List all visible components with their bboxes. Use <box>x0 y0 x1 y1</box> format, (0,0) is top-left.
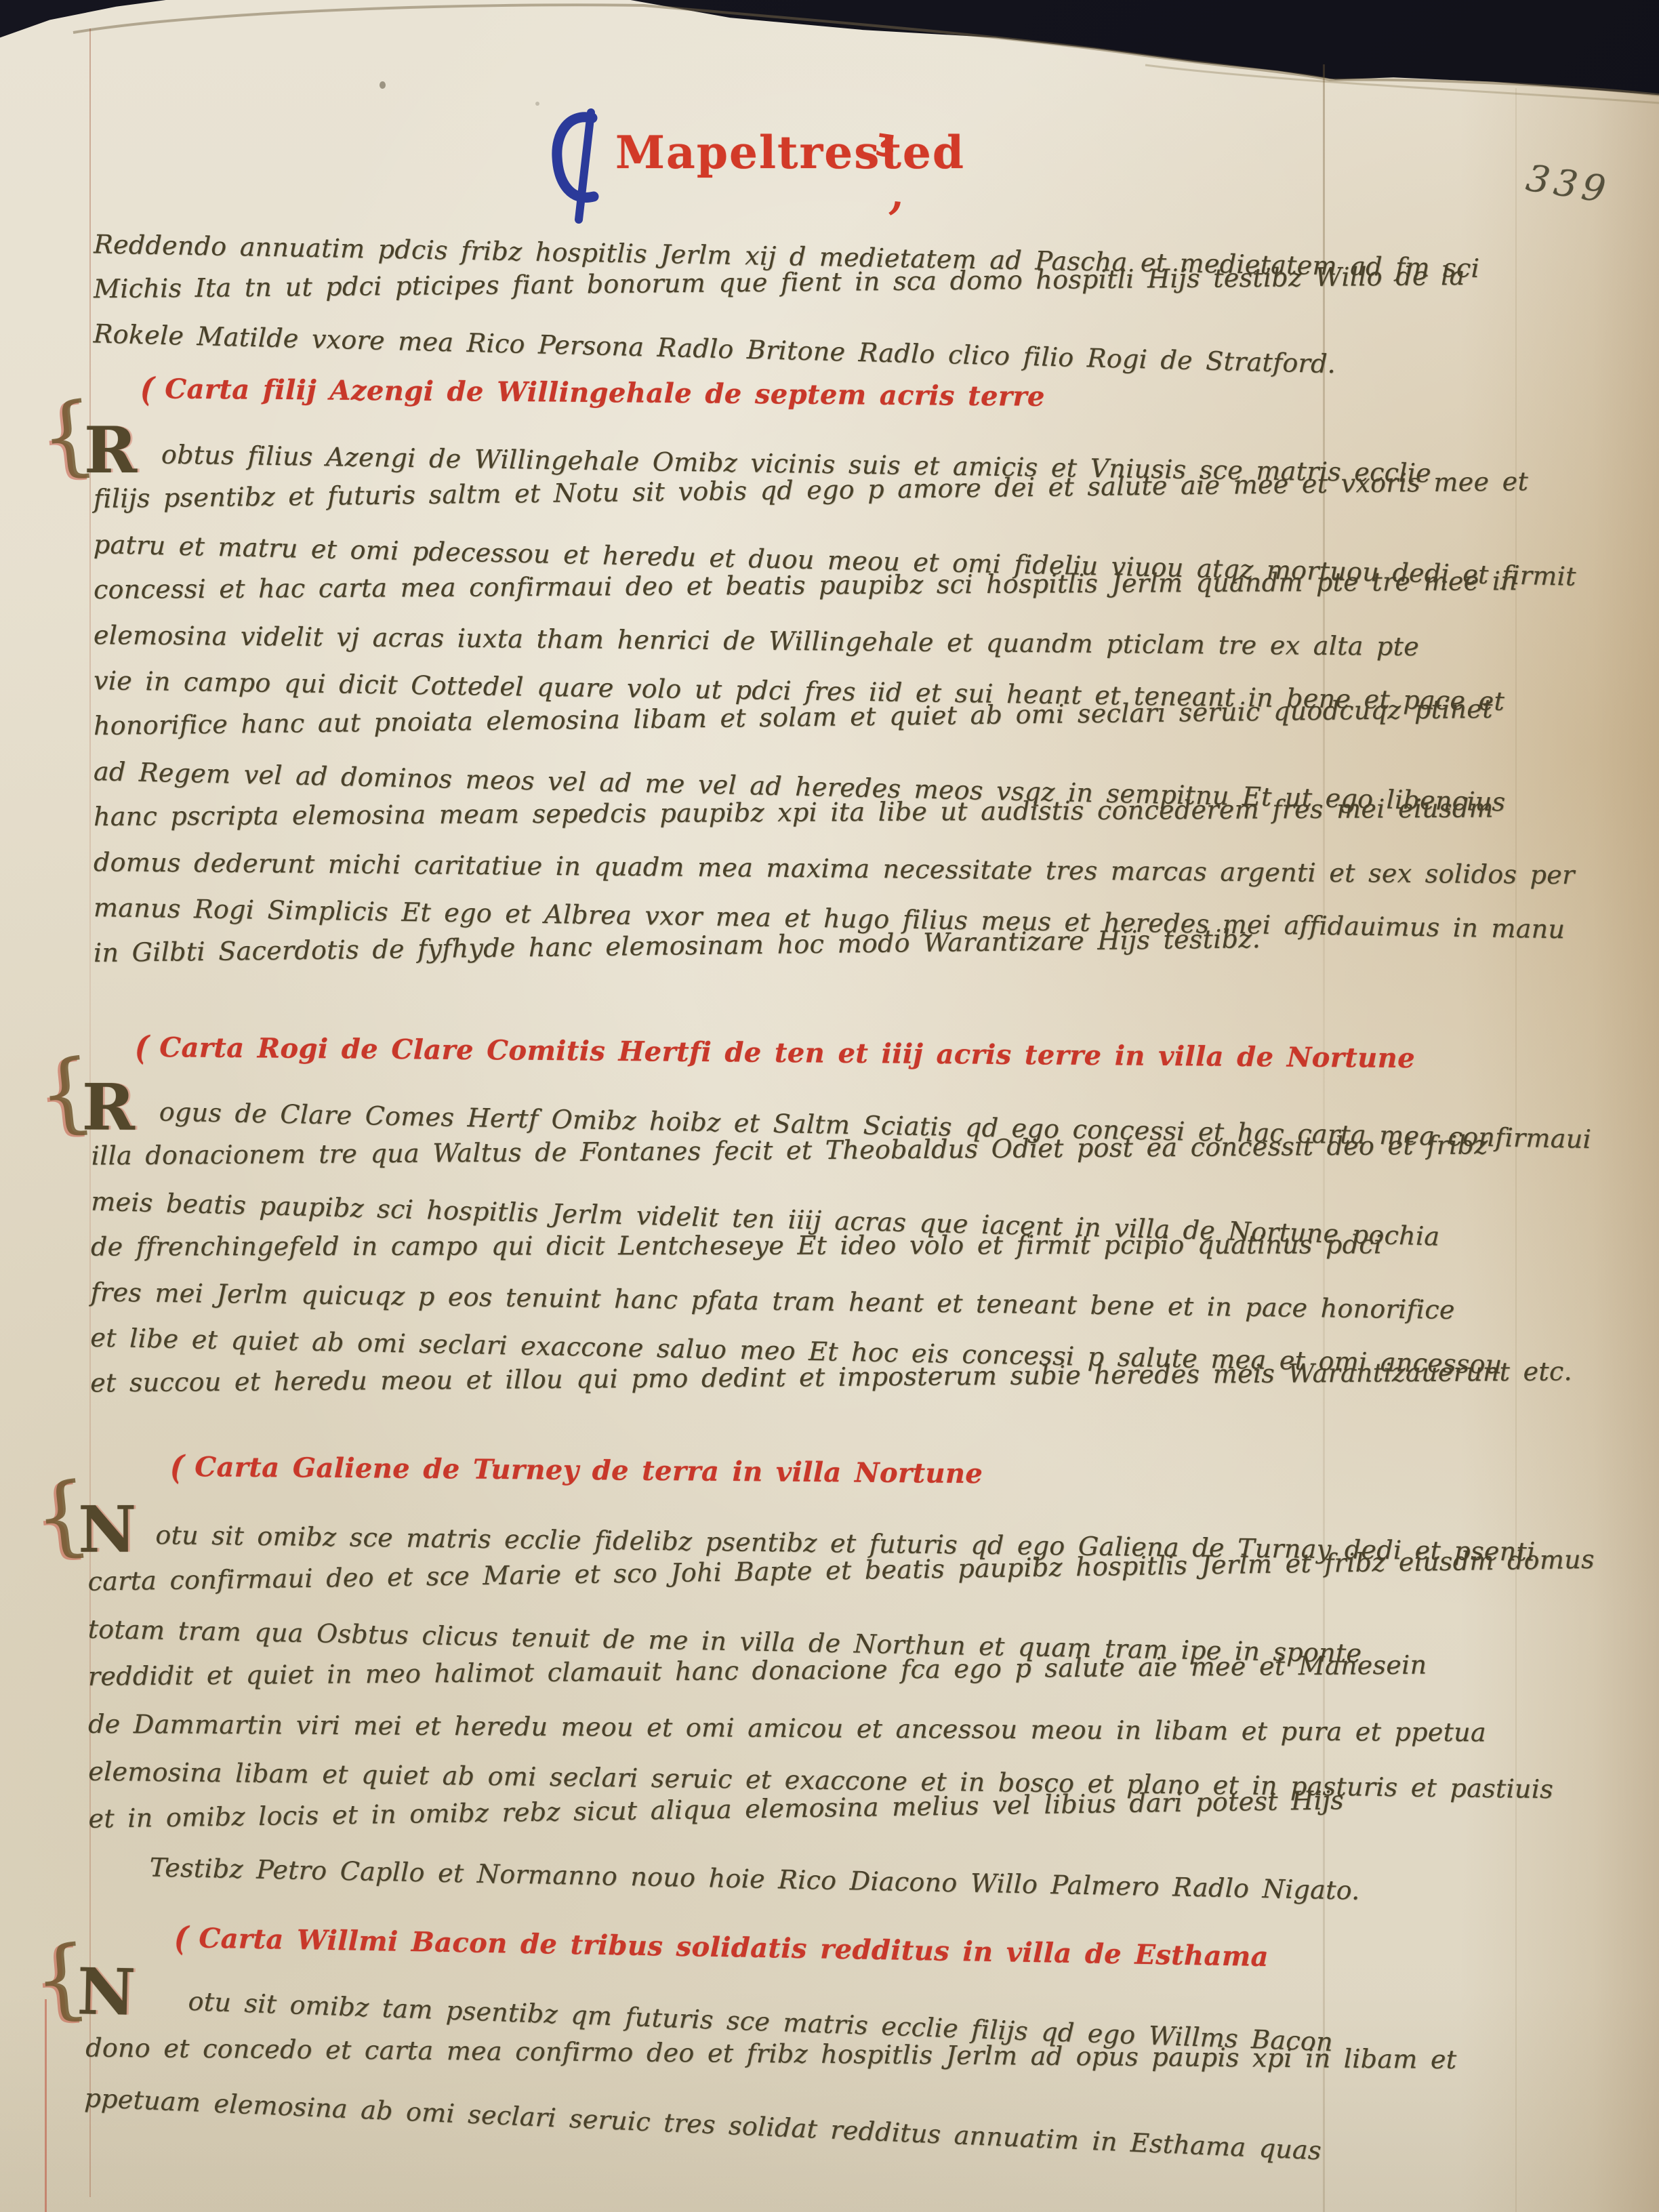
blue-capitulum-mark <box>550 108 611 224</box>
text-line: hanc pscripta elemosina meam sepedcis pa… <box>94 785 1490 840</box>
manuscript-photo: Mapeltrested ʒ , 339 Reddendo annuatim p… <box>0 0 1659 2212</box>
charter-continuation: Reddendo annuatim pdcis fribz hospitlis … <box>94 222 1490 359</box>
charter-turney: { N otu sit omibz sce matris ecclie fide… <box>87 1507 1484 1889</box>
text-line: de ffrenchingefeld in campo qui dicit Le… <box>91 1222 1487 1270</box>
text-line: concessi et hac carta mea confirmaui deo… <box>94 558 1490 613</box>
charter-willingehale: { R obtus filius Azengi de Willingehale … <box>94 431 1490 976</box>
charter-bacon: { N otu sit omibz tam psentibz qm futuri… <box>84 1972 1483 2152</box>
ink-speck <box>380 81 386 89</box>
text-line: de Dammartin viri mei et heredu meou et … <box>88 1700 1484 1757</box>
ink-speck <box>535 102 539 106</box>
charter-clare: { R ogus de Clare Comes Hertf Omibz hoib… <box>90 1088 1488 1412</box>
page-title-text: Mapeltrested <box>615 126 965 179</box>
red-margin-line <box>45 1999 47 2212</box>
